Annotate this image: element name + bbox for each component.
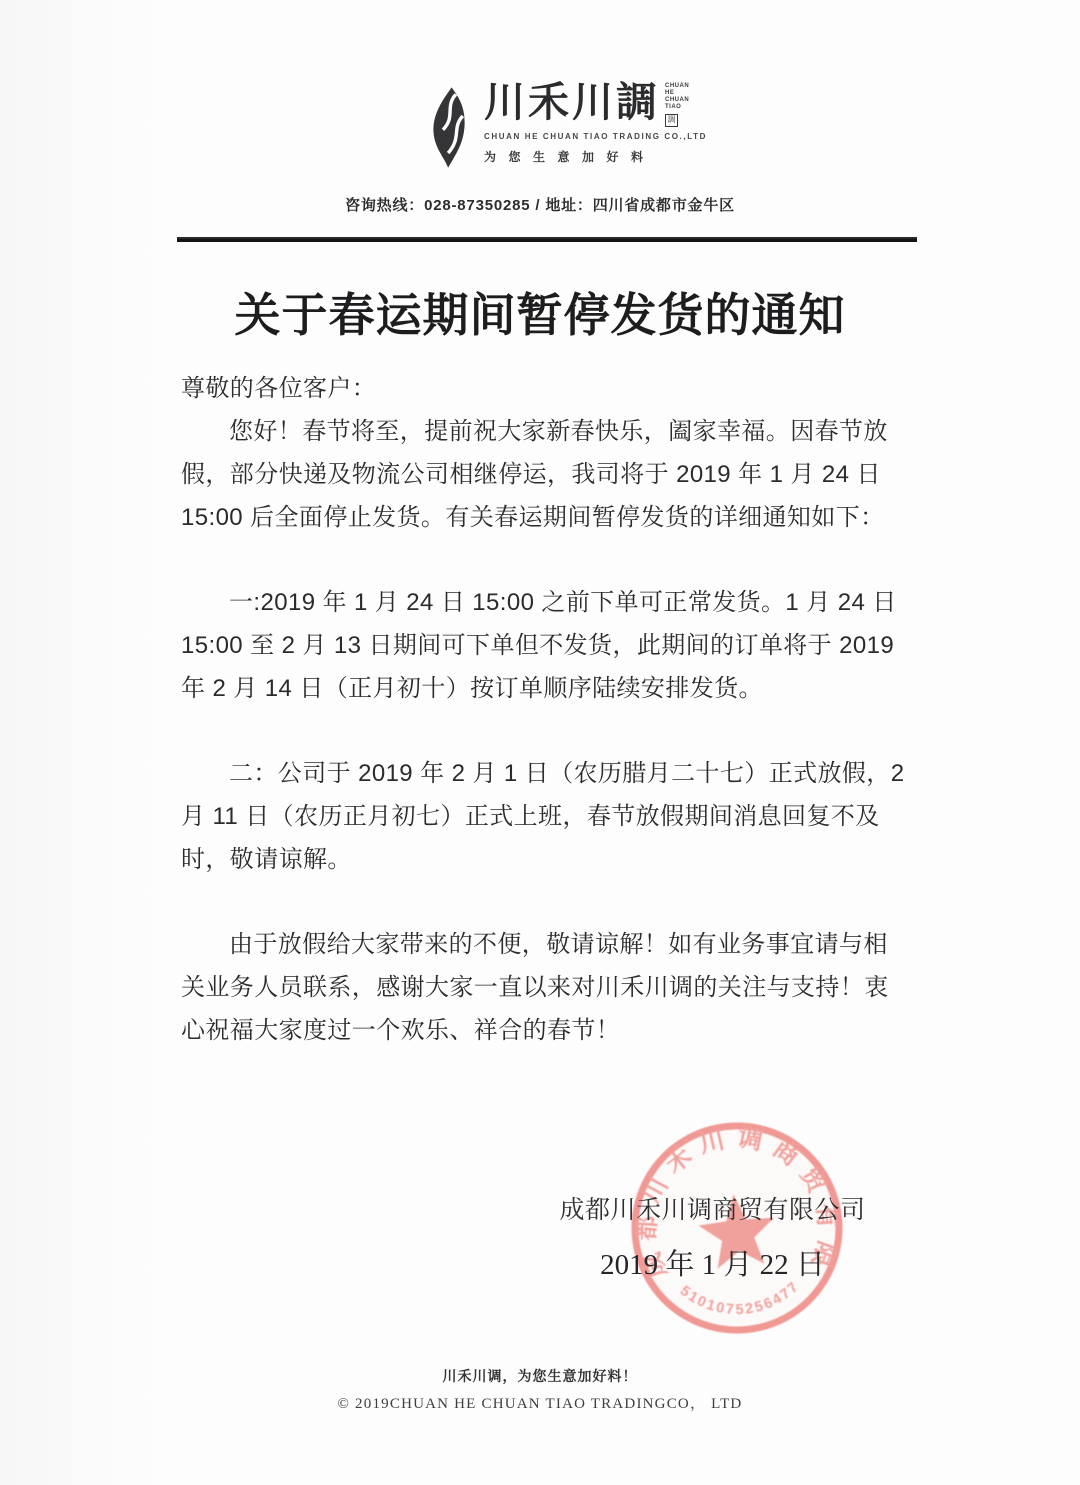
signature-date: 2019 年 1 月 22 日 — [545, 1242, 880, 1283]
notice-paragraph: 二：公司于 2019 年 2 月 1 日（农历腊月二十七）正式放假，2 月 11… — [181, 752, 905, 881]
header-divider — [177, 237, 917, 242]
page-footer: 川禾川调，为您生意加好料！ © 2019CHUAN HE CHUAN TIAO … — [0, 1366, 1080, 1413]
brand-english-name: CHUAN HE CHUAN TIAO TRADING CO.,LTD — [484, 132, 707, 141]
notice-paragraph: 您好！春节将至，提前祝大家新春快乐，阖家幸福。因春节放假，部分快递及物流公司相继… — [181, 410, 905, 539]
footer-copyright: © 2019CHUAN HE CHUAN TIAO TRADINGCO， LTD — [0, 1392, 1080, 1413]
signature-block: 成都川禾川调商贸有限公司 2019 年 1 月 22 日 — [545, 1190, 880, 1283]
scanned-notice-page: 川禾川調 CHUAN HE CHUAN TIAO 調 CHUAN HE CHUA… — [0, 0, 1080, 1485]
footer-slogan: 川禾川调，为您生意加好料！ — [0, 1366, 1080, 1386]
brand-name: 川禾川調 — [484, 82, 660, 123]
company-logo: 川禾川調 CHUAN HE CHUAN TIAO 調 CHUAN HE CHUA… — [430, 82, 707, 174]
notice-paragraph: 一:2019 年 1 月 24 日 15:00 之前下单可正常发货。1 月 24… — [181, 581, 905, 710]
brand-side-text: CHUAN HE CHUAN TIAO 調 — [665, 83, 689, 127]
notice-title: 关于春运期间暂停发货的通知 — [0, 279, 1080, 345]
brand-seal-icon: 調 — [665, 114, 678, 127]
signature-company: 成都川禾川调商贸有限公司 — [545, 1190, 880, 1226]
salutation: 尊敬的各位客户： — [181, 367, 905, 410]
brand-slogan: 为您生意加好料 — [484, 148, 707, 165]
notice-paragraph: 由于放假给大家带来的不便，敬请谅解！如有业务事宜请与相关业务人员联系，感谢大家一… — [181, 923, 905, 1052]
flame-icon — [430, 82, 468, 174]
notice-body: 尊敬的各位客户： 您好！春节将至，提前祝大家新春快乐，阖家幸福。因春节放假，部分… — [181, 367, 905, 1094]
contact-line: 咨询热线：028-87350285 / 地址：四川省成都市金牛区 — [0, 194, 1080, 215]
